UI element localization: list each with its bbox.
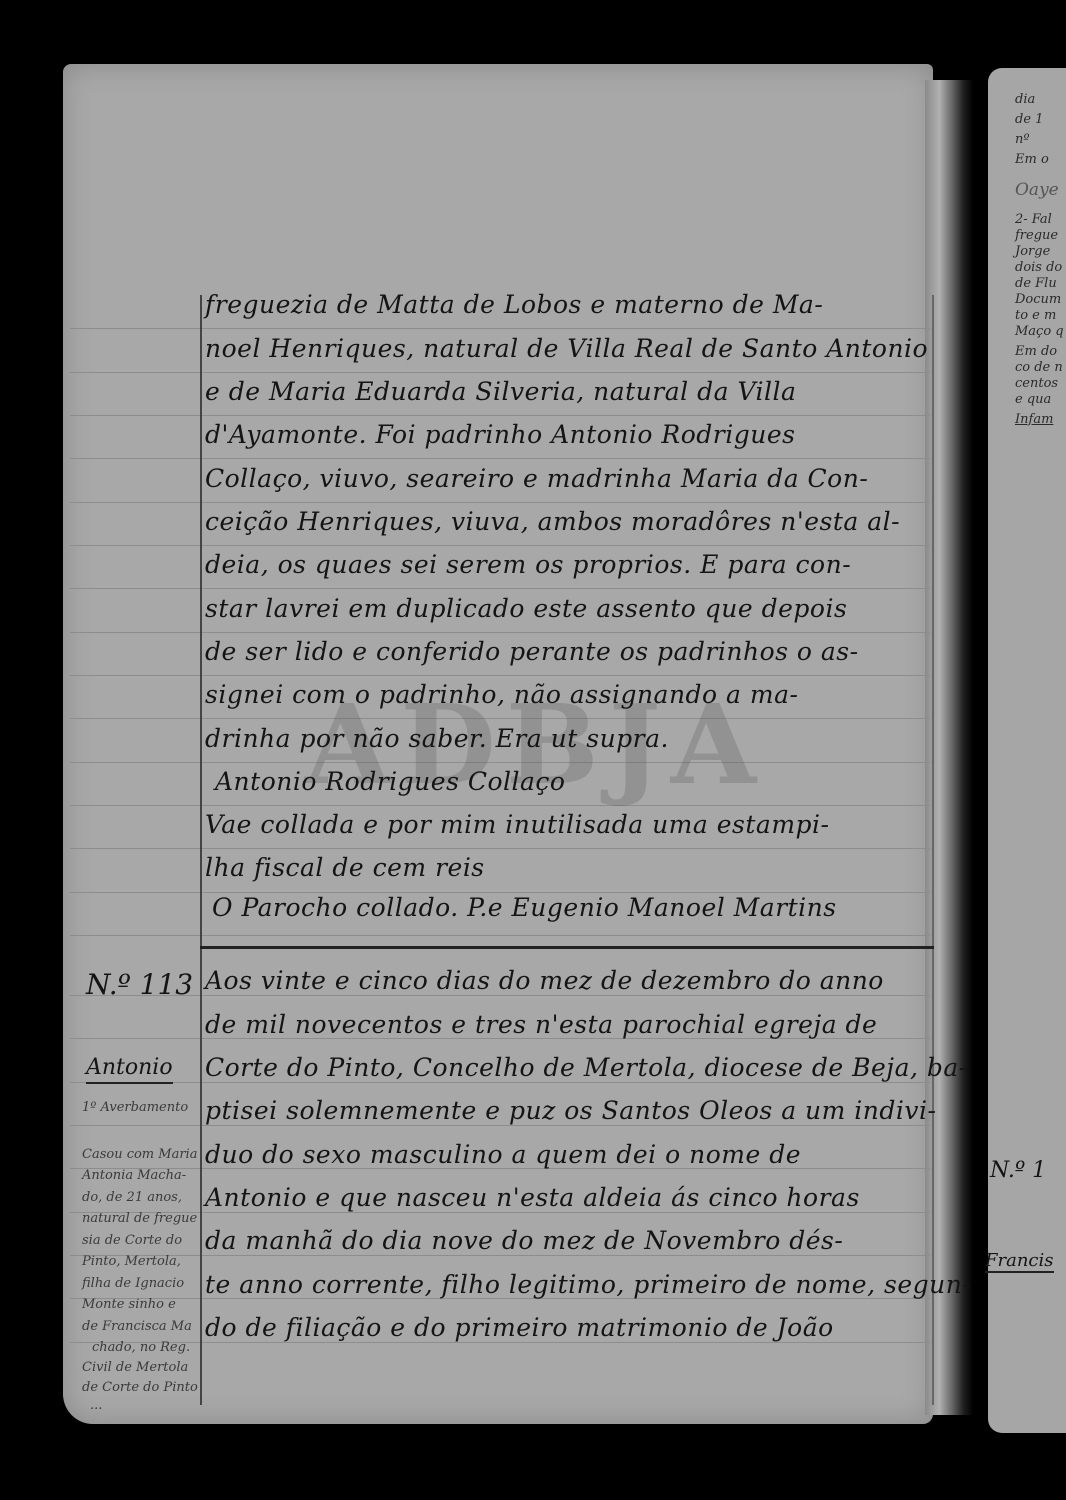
adjacent-text: Em do bbox=[1015, 344, 1057, 359]
adjacent-text: to e m bbox=[1015, 308, 1056, 323]
text-line: noel Henriques, natural de Villa Real de… bbox=[205, 334, 928, 363]
text-line: da manhã do dia nove do mez de Novembro … bbox=[205, 1226, 843, 1255]
adjacent-text: nº bbox=[1015, 132, 1030, 147]
adjacent-entry-number: N.º 1 bbox=[990, 1158, 1046, 1183]
adjacent-text: Oaye bbox=[1015, 180, 1059, 200]
adjacent-text: 2- Fal bbox=[1015, 212, 1052, 227]
text-line: Aos vinte e cinco dias do mez de dezembr… bbox=[205, 966, 884, 995]
entry-number: N.º 113 bbox=[86, 968, 193, 1001]
text-line: deia, os quaes sei serem os proprios. E … bbox=[205, 550, 851, 579]
margin-line: Monte sinho e bbox=[82, 1297, 176, 1312]
adjacent-text: Docum bbox=[1015, 292, 1061, 307]
stamp-note-line: lha fiscal de cem reis bbox=[205, 853, 485, 882]
text-line: e de Maria Eduarda Silveria, natural da … bbox=[205, 377, 796, 406]
adjacent-text: dois do bbox=[1015, 260, 1062, 275]
left-margin-line bbox=[200, 295, 202, 1405]
adjacent-text: fregue bbox=[1015, 228, 1058, 243]
text-line: ceição Henriques, viuva, ambos moradôres… bbox=[205, 507, 900, 536]
text-line: de ser lido e conferido perante os padri… bbox=[205, 637, 859, 666]
margin-line: chado, no Reg. bbox=[92, 1340, 190, 1355]
adjacent-entry-name: Francis bbox=[985, 1250, 1054, 1273]
stamp-note-line: Vae collada e por mim inutilisada uma es… bbox=[205, 810, 829, 839]
adjacent-text: de Flu bbox=[1015, 276, 1057, 291]
godfather-signature: Antonio Rodrigues Collaço bbox=[215, 767, 565, 796]
margin-line: ... bbox=[90, 1398, 102, 1413]
margin-line: Antonia Macha- bbox=[82, 1168, 186, 1183]
adjacent-text: Jorge bbox=[1015, 244, 1050, 259]
adjacent-text: Maço q bbox=[1015, 324, 1064, 339]
adjacent-text: co de n bbox=[1015, 360, 1063, 375]
adjacent-text: dia bbox=[1015, 92, 1035, 107]
margin-line: sia de Corte do bbox=[82, 1233, 182, 1248]
text-line: ptisei solemnemente e puz os Santos Oleo… bbox=[205, 1096, 936, 1125]
text-line: de mil novecentos e tres n'esta parochia… bbox=[205, 1010, 877, 1039]
adjacent-text: e qua bbox=[1015, 392, 1051, 407]
text-line: freguezia de Matta de Lobos e materno de… bbox=[205, 290, 823, 319]
text-line: drinha por não saber. Era ut supra. bbox=[205, 724, 669, 753]
text-line: do de filiação e do primeiro matrimonio … bbox=[205, 1313, 834, 1342]
text-line: duo do sexo masculino a quem dei o nome … bbox=[205, 1140, 801, 1169]
text-line: te anno corrente, filho legitimo, primei… bbox=[205, 1270, 971, 1299]
adjacent-text: Em o bbox=[1015, 152, 1049, 167]
text-line: signei com o padrinho, não assignando a … bbox=[205, 680, 798, 709]
text-line: Antonio e que nasceu n'esta aldeia ás ci… bbox=[205, 1183, 860, 1212]
adjacent-text: Infam bbox=[1015, 412, 1053, 427]
margin-line: de Corte do Pinto bbox=[82, 1380, 198, 1395]
margin-line: Pinto, Mertola, bbox=[82, 1254, 181, 1269]
margin-line: do, de 21 anos, bbox=[82, 1190, 182, 1205]
entry-divider bbox=[200, 946, 934, 949]
text-line: Collaço, viuvo, seareiro e madrinha Mari… bbox=[205, 464, 868, 493]
adjacent-text: centos bbox=[1015, 376, 1058, 391]
margin-line: filha de Ignacio bbox=[82, 1276, 184, 1291]
margin-line: natural de fregue bbox=[82, 1211, 197, 1226]
margin-line: Civil de Mertola bbox=[82, 1360, 188, 1375]
margin-line: 1º Averbamento bbox=[82, 1100, 188, 1115]
priest-signature: O Parocho collado. P.e Eugenio Manoel Ma… bbox=[212, 893, 837, 922]
adjacent-text: de 1 bbox=[1015, 112, 1043, 127]
margin-line: de Francisca Ma bbox=[82, 1319, 192, 1334]
right-margin-line bbox=[932, 295, 934, 1405]
text-line: d'Ayamonte. Foi padrinho Antonio Rodrigu… bbox=[205, 420, 795, 449]
text-line: Corte do Pinto, Concelho de Mertola, dio… bbox=[205, 1053, 968, 1082]
entry-name: Antonio bbox=[86, 1055, 173, 1084]
text-line: star lavrei em duplicado este assento qu… bbox=[205, 594, 847, 623]
margin-line: Casou com Maria bbox=[82, 1147, 197, 1162]
